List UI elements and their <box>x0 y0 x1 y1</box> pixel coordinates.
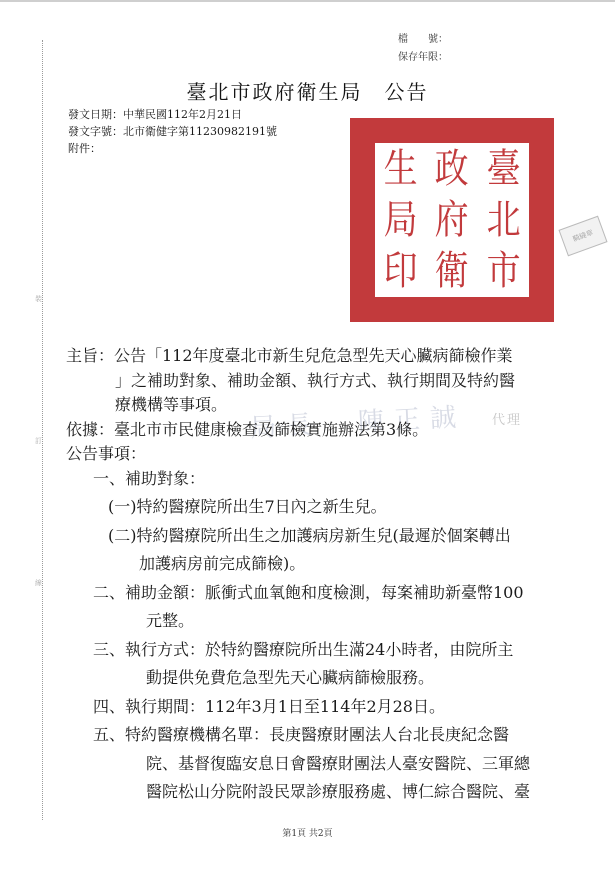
item-2: 二、補助金額：脈衝式血氧飽和度檢測，每案補助新臺幣100 <box>66 581 566 606</box>
seal-char: 生 <box>379 143 423 194</box>
item-5-cont: 院、基督復臨安息日會醫療財團法人臺安醫院、三軍總 <box>66 752 566 777</box>
gray-seal-stamp: 騎縫章 <box>558 216 607 257</box>
page-indicator: 第1頁 共2頁 <box>0 826 615 839</box>
seal-char: 府 <box>430 194 474 245</box>
top-border <box>0 0 615 2</box>
seal-char: 市 <box>482 246 526 297</box>
ref-value: 北市衛健字第11230982191號 <box>123 125 277 138</box>
item-1-sub-1: (一)特約醫療院所出生7日內之新生兒。 <box>66 495 566 520</box>
seal-char: 北 <box>482 194 526 245</box>
items-header: 公告事項： <box>66 442 566 467</box>
item-1-title: 一、補助對象： <box>66 467 566 492</box>
subject-line: 主旨：公告「112年度臺北市新生兒危急型先天心臟病篩檢作業 <box>66 344 566 369</box>
item-1-sub-2: (二)特約醫療院所出生之加護病房新生兒(最遲於個案轉出 <box>66 524 566 549</box>
item-4: 四、執行期間：112年3月1日至114年2月28日。 <box>66 695 566 720</box>
date-value: 中華民國112年2月21日 <box>123 108 242 121</box>
binding-mark-3: 線 <box>35 578 42 588</box>
binding-line <box>42 40 43 820</box>
attachment-label: 附件： <box>68 142 101 155</box>
seal-char: 政 <box>430 143 474 194</box>
seal-inner: 生 局 印 政 府 衛 臺 北 市 <box>375 143 529 297</box>
item-3: 三、執行方式：於特約醫療院所出生滿24小時者，由院所主 <box>66 638 566 663</box>
date-label: 發文日期： <box>68 108 123 121</box>
document-meta: 發文日期：中華民國112年2月21日 發文字號：北市衛健字第1123098219… <box>68 106 277 157</box>
ref-label: 發文字號： <box>68 125 123 138</box>
basis-line: 依據：臺北市市民健康檢查及篩檢實施辦法第3條。 <box>66 418 566 443</box>
seal-char: 衛 <box>430 246 474 297</box>
file-number-label: 檔 號： <box>398 30 448 50</box>
file-meta: 檔 號： 保存年限： <box>398 30 448 68</box>
item-1-sub-2-cont: 加護病房前完成篩檢)。 <box>66 552 566 577</box>
official-seal-stamp: 生 局 印 政 府 衛 臺 北 市 <box>350 118 554 322</box>
item-5-cont: 醫院松山分院附設民眾診療服務處、博仁綜合醫院、臺 <box>66 780 566 805</box>
item-5: 五、特約醫療機構名單：長庚醫療財團法人台北長庚紀念醫 <box>66 723 566 748</box>
seal-char: 局 <box>379 194 423 245</box>
seal-char: 印 <box>379 246 423 297</box>
item-2-cont: 元整。 <box>66 609 566 634</box>
document-title: 臺北市政府衛生局 公告 <box>0 76 615 105</box>
subject-line: 療機構等事項。 <box>66 393 566 418</box>
binding-mark-1: 裝 <box>35 294 42 304</box>
retention-label: 保存年限： <box>398 48 448 68</box>
document-body: 主旨：公告「112年度臺北市新生兒危急型先天心臟病篩檢作業 」之補助對象、補助金… <box>66 344 566 805</box>
item-3-cont: 動提供免費危急型先天心臟病篩檢服務。 <box>66 666 566 691</box>
binding-mark-2: 訂 <box>35 436 42 446</box>
seal-char: 臺 <box>482 143 526 194</box>
subject-line: 」之補助對象、補助金額、執行方式、執行期間及特約醫 <box>66 369 566 394</box>
